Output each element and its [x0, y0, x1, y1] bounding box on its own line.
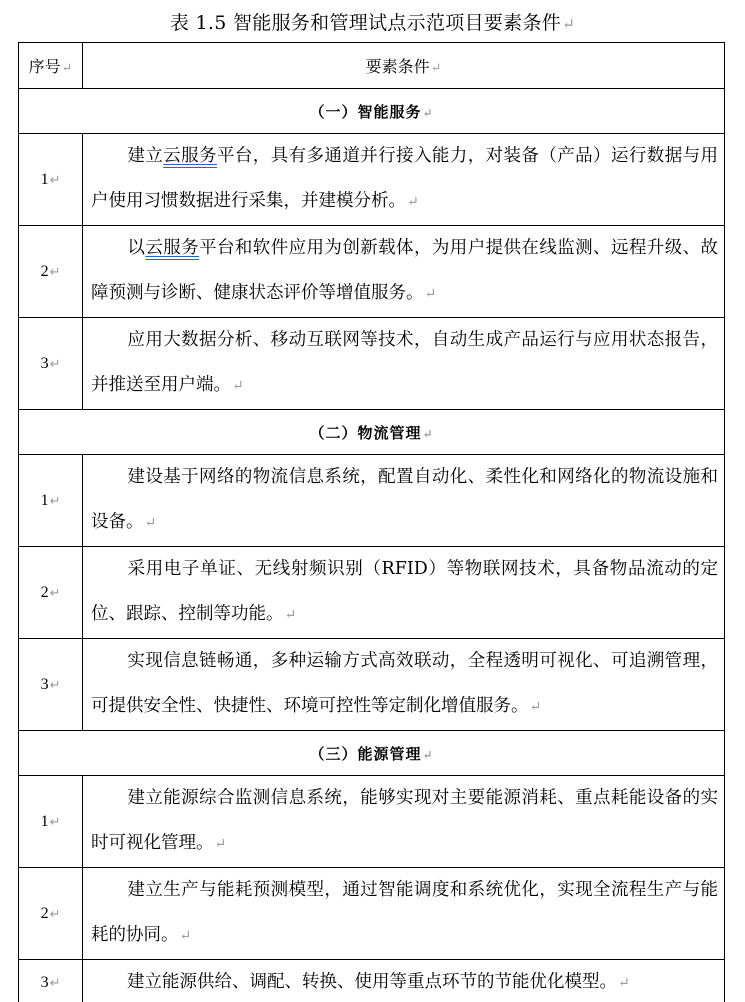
- paragraph-mark-icon: ↵: [50, 357, 61, 371]
- row-number: 2↵: [19, 226, 83, 318]
- paragraph-mark-icon: ↵: [50, 907, 61, 921]
- paragraph-mark-icon: ↵: [62, 61, 73, 76]
- table-row: 1↵建立云服务平台，具有多通道并行接入能力，对装备（产品）运行数据与用户使用习惯…: [19, 134, 725, 226]
- section-title: （二）物流管理↵: [19, 410, 725, 455]
- spellcheck-underlined-term: 云服务: [145, 238, 199, 258]
- section-header-row: （二）物流管理↵: [19, 410, 725, 455]
- row-number: 2↵: [19, 547, 83, 639]
- paragraph-mark-icon: ↵: [145, 515, 157, 531]
- row-condition-text: 实现信息链畅通，多种运输方式高效联动，全程透明可视化、可追溯管理，可提供安全性、…: [83, 639, 725, 731]
- table-header-row: 序号↵ 要素条件↵: [19, 43, 725, 89]
- paragraph-mark-icon: ↵: [530, 699, 542, 715]
- row-number: 1↵: [19, 455, 83, 547]
- paragraph-mark-icon: ↵: [618, 975, 630, 991]
- row-number: 3↵: [19, 639, 83, 731]
- section-header-row: （一）智能服务↵: [19, 89, 725, 134]
- paragraph-mark-icon: ↵: [422, 748, 433, 762]
- row-condition-text: 建立能源综合监测信息系统，能够实现对主要能源消耗、重点耗能设备的实时可视化管理。…: [83, 776, 725, 868]
- paragraph-mark-icon: ↵: [431, 61, 442, 76]
- paragraph-mark-icon: ↵: [50, 815, 61, 829]
- paragraph-mark-icon: ↵: [180, 928, 192, 944]
- paragraph-mark-icon: ↵: [407, 194, 419, 210]
- table-row: 3↵应用大数据分析、移动互联网等技术，自动生成产品运行与应用状态报告，并推送至用…: [19, 318, 725, 410]
- section-title: （一）智能服务↵: [19, 89, 725, 134]
- paragraph-mark-icon: ↵: [422, 106, 433, 120]
- paragraph-mark-icon: ↵: [50, 678, 61, 692]
- paragraph-mark-icon: ↵: [50, 173, 61, 187]
- table-row: 2↵采用电子单证、无线射频识别（RFID）等物联网技术，具备物品流动的定位、跟踪…: [19, 547, 725, 639]
- row-condition-text: 以云服务平台和软件应用为创新载体，为用户提供在线监测、远程升级、故障预测与诊断、…: [83, 226, 725, 318]
- paragraph-mark-icon: ↵: [232, 378, 244, 394]
- paragraph-mark-icon: ↵: [562, 15, 575, 33]
- row-number: 3↵: [19, 960, 83, 1002]
- table-row: 3↵建立能源供给、调配、转换、使用等重点环节的节能优化模型。↵: [19, 960, 725, 1002]
- paragraph-mark-icon: ↵: [422, 427, 433, 441]
- paragraph-mark-icon: ↵: [50, 586, 61, 600]
- paragraph-mark-icon: ↵: [50, 494, 61, 508]
- row-condition-text: 建立云服务平台，具有多通道并行接入能力，对装备（产品）运行数据与用户使用习惯数据…: [83, 134, 725, 226]
- row-condition-text: 建立生产与能耗预测模型，通过智能调度和系统优化，实现全流程生产与能耗的协同。↵: [83, 868, 725, 960]
- paragraph-mark-icon: ↵: [50, 976, 61, 990]
- table-row: 1↵建立能源综合监测信息系统，能够实现对主要能源消耗、重点耗能设备的实时可视化管…: [19, 776, 725, 868]
- row-number: 3↵: [19, 318, 83, 410]
- header-cell-number: 序号↵: [19, 43, 83, 89]
- table-row: 1↵建设基于网络的物流信息系统，配置自动化、柔性化和网络化的物流设施和设备。↵: [19, 455, 725, 547]
- table-caption: 表 1.5 智能服务和管理试点示范项目要素条件↵: [0, 8, 745, 39]
- header-cell-conditions: 要素条件↵: [83, 43, 725, 89]
- row-number: 1↵: [19, 776, 83, 868]
- row-condition-text: 建立能源供给、调配、转换、使用等重点环节的节能优化模型。↵: [83, 960, 725, 1002]
- requirements-table: 序号↵ 要素条件↵ （一）智能服务↵1↵建立云服务平台，具有多通道并行接入能力，…: [18, 42, 725, 1002]
- paragraph-mark-icon: ↵: [285, 607, 297, 623]
- section-header-row: （三）能源管理↵: [19, 731, 725, 776]
- paragraph-mark-icon: ↵: [215, 836, 227, 852]
- row-condition-text: 采用电子单证、无线射频识别（RFID）等物联网技术，具备物品流动的定位、跟踪、控…: [83, 547, 725, 639]
- table-row: 2↵建立生产与能耗预测模型，通过智能调度和系统优化，实现全流程生产与能耗的协同。…: [19, 868, 725, 960]
- row-number: 1↵: [19, 134, 83, 226]
- paragraph-mark-icon: ↵: [50, 265, 61, 279]
- row-number: 2↵: [19, 868, 83, 960]
- section-title: （三）能源管理↵: [19, 731, 725, 776]
- row-condition-text: 建设基于网络的物流信息系统，配置自动化、柔性化和网络化的物流设施和设备。↵: [83, 455, 725, 547]
- spellcheck-underlined-term: 云服务: [163, 146, 217, 166]
- table-row: 3↵实现信息链畅通，多种运输方式高效联动，全程透明可视化、可追溯管理，可提供安全…: [19, 639, 725, 731]
- row-condition-text: 应用大数据分析、移动互联网等技术，自动生成产品运行与应用状态报告，并推送至用户端…: [83, 318, 725, 410]
- table-row: 2↵以云服务平台和软件应用为创新载体，为用户提供在线监测、远程升级、故障预测与诊…: [19, 226, 725, 318]
- paragraph-mark-icon: ↵: [425, 286, 437, 302]
